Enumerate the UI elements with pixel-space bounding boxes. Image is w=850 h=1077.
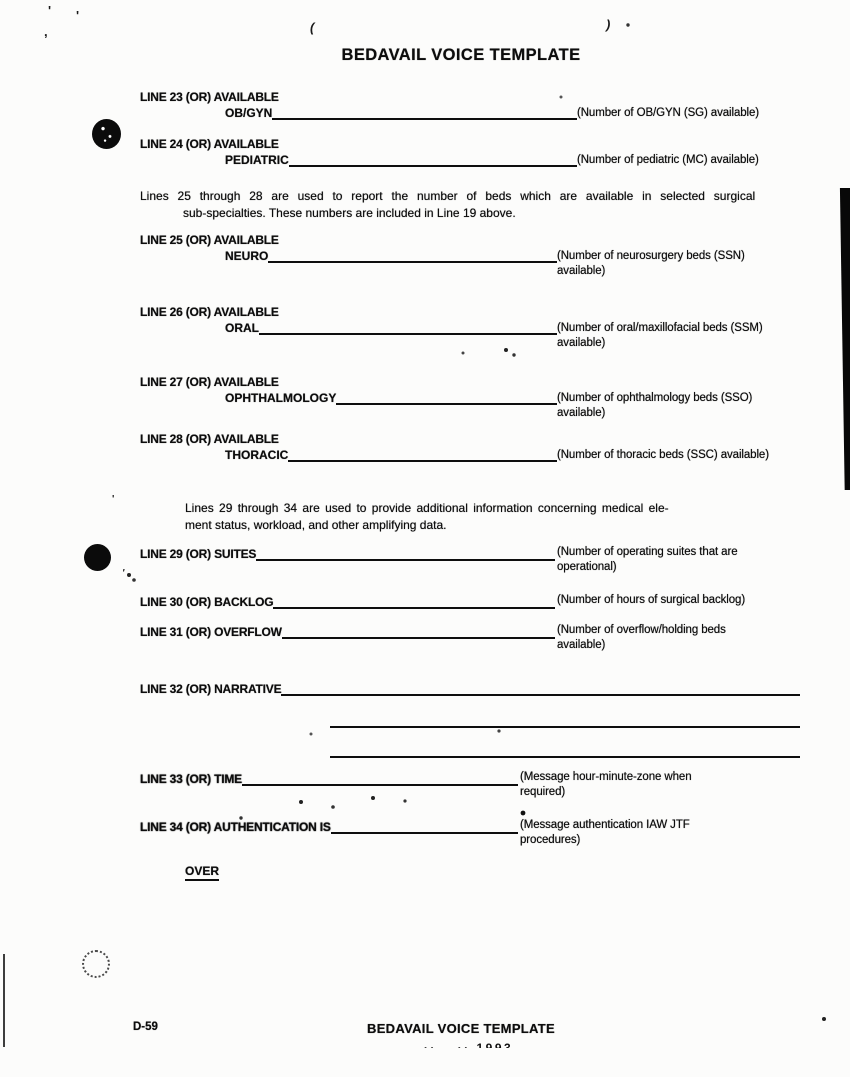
ink-mark: ': [122, 568, 124, 579]
fill-in-blank: [330, 742, 800, 758]
line-label: LINE 25 (OR) AVAILABLE: [140, 233, 557, 247]
paragraph-line: Lines 25 through 28 are used to report t…: [140, 188, 810, 205]
paragraph-line: ment status, workload, and other amplify…: [185, 517, 725, 534]
line-label: LINE 31 (OR) OVERFLOW: [140, 625, 282, 639]
fill-in-blank: [289, 151, 577, 167]
fill-in-blank: [242, 770, 518, 786]
fill-in-blank: [256, 545, 555, 561]
line-label: LINE 26 (OR) AVAILABLE: [140, 305, 557, 319]
scan-edge-line-left: [3, 954, 5, 1047]
form-line-23: LINE 23 (OR) AVAILABLE OB/GYN: [140, 90, 577, 120]
fill-in-blank: [336, 389, 557, 405]
paragraph-line: Lines 29 through 34 are used to provide …: [185, 500, 725, 517]
line-description: (Number of thoracic beds (SSC) available…: [557, 448, 769, 463]
line-sublabel: NEURO: [225, 249, 268, 263]
scanned-document-page: ' ' , ( ) ' ' BEDAVAIL VOICE TEMPLATE LI…: [0, 0, 850, 1077]
line-sublabel: PEDIATRIC: [225, 153, 289, 167]
line-sublabel: OPHTHALMOLOGY: [225, 391, 336, 405]
form-line-30: LINE 30 (OR) BACKLOG: [140, 593, 555, 609]
line-description: (Number of hours of surgical backlog): [557, 593, 769, 608]
over-label: OVER: [185, 864, 219, 881]
form-line-29: LINE 29 (OR) SUITES: [140, 545, 555, 561]
fill-in-blank: [330, 712, 800, 728]
fill-in-blank: [273, 593, 555, 609]
fill-in-blank: [259, 319, 557, 335]
line-description: (Number of OB/GYN (SG) available): [577, 106, 789, 121]
fill-in-blank: [282, 623, 555, 639]
form-line-33: LINE 33 (OR) TIME: [140, 770, 518, 786]
instruction-paragraph-1: Lines 25 through 28 are used to report t…: [140, 188, 810, 221]
fill-in-blank: [268, 247, 557, 263]
fill-in-blank: [331, 818, 518, 834]
form-line-26: LINE 26 (OR) AVAILABLE ORAL: [140, 305, 557, 335]
form-line-24: LINE 24 (OR) AVAILABLE PEDIATRIC: [140, 137, 577, 167]
line-label: LINE 34 (OR) AUTHENTICATION IS: [140, 820, 331, 834]
line-sublabel: THORACIC: [225, 448, 288, 462]
line-description: (Message authentication IAW JTF procedur…: [520, 818, 732, 848]
form-line-27: LINE 27 (OR) AVAILABLE OPHTHALMOLOGY: [140, 375, 557, 405]
line-description: (Number of overflow/holding beds availab…: [557, 623, 769, 653]
line-label: LINE 32 (OR) NARRATIVE: [140, 682, 281, 696]
line-sublabel: ORAL: [225, 321, 259, 335]
punch-hole-mark-top: [92, 119, 121, 149]
line-label: LINE 24 (OR) AVAILABLE: [140, 137, 577, 151]
page-title: BEDAVAIL VOICE TEMPLATE: [36, 46, 850, 65]
fill-in-blank: [272, 104, 577, 120]
line-description: (Number of operating suites that are ope…: [557, 545, 769, 575]
paragraph-line: sub-specialties. These numbers are inclu…: [183, 205, 810, 222]
ink-mark: ): [606, 17, 610, 32]
ink-speckles: [0, 0, 2, 2]
footer-cutoff-text: ‒ ·· ‒ ·· 1993: [36, 1041, 850, 1048]
line-label: LINE 33 (OR) TIME: [140, 772, 242, 786]
ink-mark: ': [48, 3, 51, 18]
line-label: LINE 23 (OR) AVAILABLE: [140, 90, 577, 104]
ink-mark: ': [112, 494, 114, 505]
fill-in-blank: [288, 446, 557, 462]
line-description: (Number of pediatric (MC) available): [577, 153, 789, 168]
line-label: LINE 29 (OR) SUITES: [140, 547, 256, 561]
ink-mark: ,: [44, 24, 48, 39]
line-description: (Number of oral/maxillofacial beds (SSM)…: [557, 321, 769, 351]
line-description: (Message hour-minute-zone when required): [520, 770, 732, 800]
ink-mark: (: [310, 20, 314, 35]
footer-title: BEDAVAIL VOICE TEMPLATE: [36, 1021, 850, 1036]
form-line-28: LINE 28 (OR) AVAILABLE THORACIC: [140, 432, 557, 462]
line-description: (Number of ophthalmology beds (SSO) avai…: [557, 391, 769, 421]
punch-hole-outline-bottom: [82, 950, 110, 978]
fill-in-blank: [281, 680, 800, 696]
line-sublabel: OB/GYN: [225, 106, 272, 120]
ink-mark: ': [76, 8, 79, 23]
line-label: LINE 30 (OR) BACKLOG: [140, 595, 273, 609]
form-line-32: LINE 32 (OR) NARRATIVE: [140, 680, 800, 696]
instruction-paragraph-2: Lines 29 through 34 are used to provide …: [185, 500, 725, 533]
line-label: LINE 27 (OR) AVAILABLE: [140, 375, 557, 389]
line-label: LINE 28 (OR) AVAILABLE: [140, 432, 557, 446]
punch-hole-mark-middle: [84, 544, 111, 571]
form-line-34: LINE 34 (OR) AUTHENTICATION IS: [140, 818, 518, 834]
line-description: (Number of neurosurgery beds (SSN) avail…: [557, 249, 769, 279]
form-line-31: LINE 31 (OR) OVERFLOW: [140, 623, 555, 639]
scan-edge-artifact-right: [836, 188, 850, 490]
form-line-25: LINE 25 (OR) AVAILABLE NEURO: [140, 233, 557, 263]
